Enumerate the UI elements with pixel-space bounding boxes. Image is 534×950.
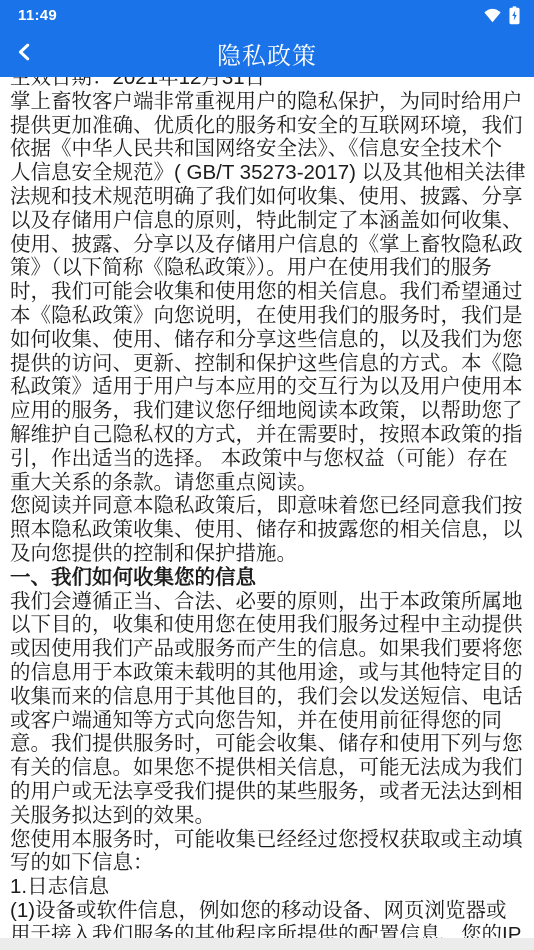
policy-text-line: 引，作出适当的选择。 本政策中与您权益（可能）存在 xyxy=(10,447,524,471)
policy-text-line: 我们会遵循正当、合法、必要的原则，出于本政策所属地 xyxy=(10,590,524,614)
policy-text-line: 人信息安全规范》( GB/T 35273-2017) 以及其他相关法律 xyxy=(10,161,524,185)
battery-charging-icon xyxy=(509,6,520,25)
status-icons xyxy=(483,6,520,25)
policy-text-line: 及向您提供的控制和保护措施。 xyxy=(10,542,524,566)
policy-text-line: 法规和技术规范明确了我们如何收集、使用、披露、分享 xyxy=(10,185,524,209)
policy-text-line: 掌上畜牧客户端非常重视用户的隐私保护，为同时给用户 xyxy=(10,90,524,114)
policy-text-line: 以下目的，收集和使用您在使用我们服务过程中主动提供 xyxy=(10,613,524,637)
policy-text-line: 照本隐私政策收集、使用、储存和披露您的相关信息，以 xyxy=(10,518,524,542)
policy-text-line: 的信息用于本政策未载明的其他用途，或与其他特定目的 xyxy=(10,661,524,685)
policy-text: 生效日期：2021年12月31日掌上畜牧客户端非常重视用户的隐私保护，为同时给用… xyxy=(0,77,534,938)
policy-text-line: (1)设备或软件信息，例如您的移动设备、网页浏览器或 xyxy=(10,899,524,923)
policy-text-line: 收集而来的信息用于其他目的，我们会以发送短信、电话 xyxy=(10,685,524,709)
policy-text-line: 您使用本服务时，可能收集已经经过您授权获取或主动填 xyxy=(10,828,524,852)
status-bar: 11:49 xyxy=(0,0,534,30)
policy-text-line: 以及存储用户信息的原则，特此制定了本涵盖如何收集、 xyxy=(10,209,524,233)
page-title: 隐私政策 xyxy=(0,36,534,71)
policy-text-line: 用于接入我们服务的其他程序所提供的配置信息、您的IP xyxy=(10,923,524,938)
bottom-bar xyxy=(0,938,534,950)
policy-text-line: 您阅读并同意本隐私政策后，即意味着您已经同意我们按 xyxy=(10,494,524,518)
policy-text-line: 依据《中华人民共和国网络安全法》、《信息安全技术个 xyxy=(10,137,524,161)
policy-text-line: 的用户或无法享受我们提供的某些服务，或者无法达到相 xyxy=(10,780,524,804)
policy-text-line: 关服务拟达到的效果。 xyxy=(10,804,524,828)
policy-text-line: 时，我们可能会收集和使用您的相关信息。我们希望通过 xyxy=(10,280,524,304)
policy-text-line: 如何收集、使用、储存和分享这些信息的，以及我们为您 xyxy=(10,328,524,352)
policy-text-line: 本《隐私政策》向您说明，在使用我们的服务时，我们是 xyxy=(10,304,524,328)
policy-text-line: 应用的服务，我们建议您仔细地阅读本政策，以帮助您了 xyxy=(10,399,524,423)
policy-text-line: 私政策》适用于用户与本应用的交互行为以及用户使用本 xyxy=(10,375,524,399)
policy-text-line: 意。我们提供服务时，可能会收集、储存和使用下列与您 xyxy=(10,732,524,756)
policy-text-line: 有关的信息。如果您不提供相关信息，可能无法成为我们 xyxy=(10,756,524,780)
back-button[interactable] xyxy=(6,34,44,72)
policy-text-line: 或客户端通知等方式向您告知，并在使用前征得您的同 xyxy=(10,709,524,733)
effective-date-line: 生效日期：2021年12月31日 xyxy=(10,77,524,90)
policy-content[interactable]: 生效日期：2021年12月31日掌上畜牧客户端非常重视用户的隐私保护，为同时给用… xyxy=(0,77,534,938)
policy-text-line: 使用、披露、分享以及存储用户信息的《掌上畜牧隐私政 xyxy=(10,233,524,257)
policy-text-line: 提供更加准确、优质化的服务和安全的互联网环境，我们 xyxy=(10,114,524,138)
section-heading: 一、我们如何收集您的信息 xyxy=(10,566,524,590)
policy-text-line: 或因使用我们产品或服务而产生的信息。如果我们要将您 xyxy=(10,637,524,661)
policy-text-line: 解维护自己隐私权的方式，并在需要时，按照本政策的指 xyxy=(10,423,524,447)
status-time: 11:49 xyxy=(18,7,57,24)
chevron-left-icon xyxy=(14,41,36,66)
privacy-policy-screen: 11:49 隐私政策 生效日期：2021年12月31日掌上畜牧客户端非常重视用户… xyxy=(0,0,534,950)
policy-text-line: 写的如下信息： xyxy=(10,851,524,875)
policy-text-line: 提供的访问、更新、控制和保护这些信息的方式。本《隐 xyxy=(10,352,524,376)
policy-text-line: 1.日志信息 xyxy=(10,875,524,899)
wifi-icon xyxy=(483,6,502,25)
policy-text-line: 策》（以下简称《隐私政策》）。用户在使用我们的服务 xyxy=(10,256,524,280)
app-bar: 隐私政策 xyxy=(0,30,534,77)
policy-text-line: 重大关系的条款。请您重点阅读。 xyxy=(10,471,524,495)
